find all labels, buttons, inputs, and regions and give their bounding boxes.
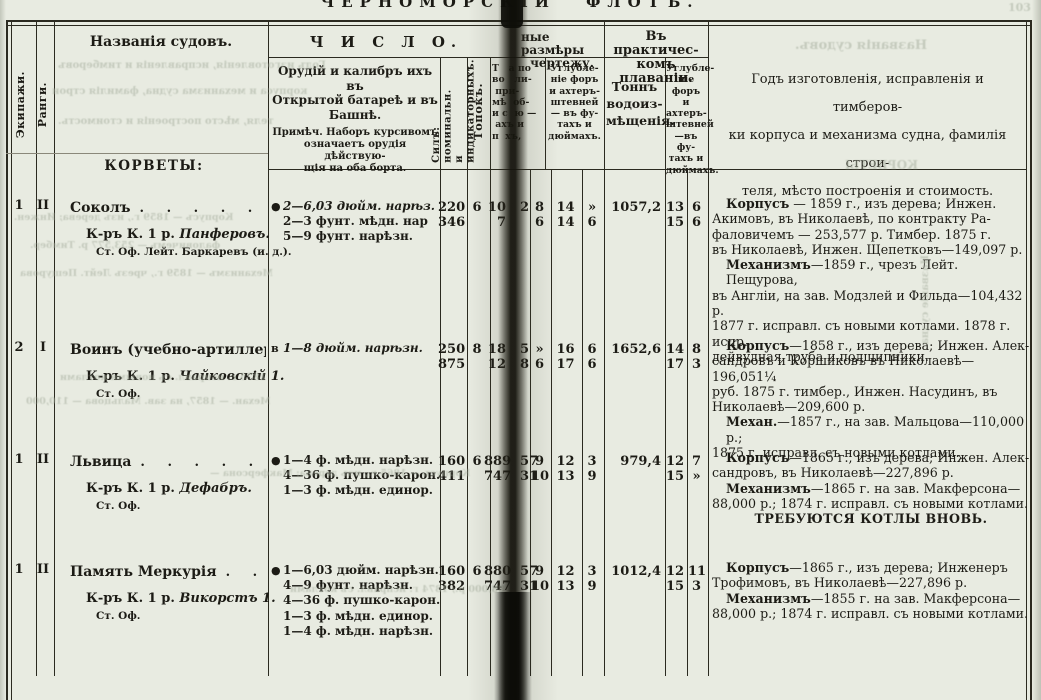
- note-line: ТРЕБУЮТСЯ КОТЛЫ ВНОВЬ.: [712, 511, 1030, 526]
- col-draft-inches: 113: [688, 564, 705, 594]
- header-guns-note: Орудій и калибръ ихъ въ Открытой батареѣ…: [272, 64, 438, 175]
- build-history-notes: Корпусъ—1865 г., изъ дерева; Инжен. Алек…: [712, 450, 1030, 526]
- col-dimD-value: 9: [583, 579, 601, 594]
- note-line: Механизмъ—1859 г., чрезъ Лейт. Пещурова,: [712, 257, 1030, 288]
- col-dimD: 39: [583, 564, 601, 594]
- bleed-through-text: КОРВЕТЫ: [845, 158, 918, 172]
- col-sila: 250875: [438, 342, 464, 372]
- commander-name: Дефабръ.: [179, 481, 251, 496]
- battery-marker-icon: ●: [271, 454, 281, 467]
- battery-marker-icon: ●: [271, 564, 281, 577]
- note-line: 88,000 р.; 1874 г. исправл. съ новыми ко…: [712, 606, 1030, 621]
- tons-header-line: водоиз-: [606, 95, 663, 112]
- col-tons-displacement: 979,4: [606, 454, 661, 469]
- col-dimD-value: 6: [583, 215, 601, 230]
- col-draft-inches: 7»: [688, 454, 705, 484]
- commander-line: К-ръ К. 1 р. Викорстъ 1.: [86, 591, 276, 606]
- col-tons-displacement-value: 979,4: [606, 454, 661, 469]
- note-line: Николаевѣ—209,600 р.: [712, 399, 1030, 414]
- bleed-through-text: Механ. — 1857, на зав. Мальцова — 110,00…: [26, 396, 271, 407]
- note-line: Механизмъ—1865 г. на зав. Макферсона—: [712, 481, 1030, 496]
- bleed-through-text: Корпусъ — 1865 г., изъ дерева; Макферсон…: [210, 468, 471, 479]
- page-edge-left: [0, 0, 6, 700]
- col-draft-feet-value: 13: [666, 200, 684, 215]
- col-draft-inches: 83: [688, 342, 705, 372]
- col-sila-value: 875: [438, 357, 464, 372]
- note-line: фаловичемъ — 253,577 р. Тимбер. 1875 г.: [712, 227, 1030, 242]
- bleed-through-text: фаловичемъ — 253,577 р. Тимбер.: [30, 240, 220, 251]
- right-title-line: Годъ изготовленія, исправленія и тимберо…: [715, 66, 1020, 122]
- guns-note-small-line: Примѣч. Наборъ курсивомъ: [272, 127, 438, 139]
- col-sila-value: 220: [438, 200, 464, 215]
- ship-name-line: Память Меркурія. . . . .: [70, 561, 266, 580]
- depth-header-line: штевней: [666, 119, 706, 130]
- col-draft-feet-value: 15: [666, 579, 684, 594]
- gun-line: 1—4 ф. мѣдн. нарѣзн.: [283, 624, 440, 639]
- practical-title-line: Въ практичес-: [605, 30, 707, 58]
- header-crews: Экипажи.: [8, 58, 35, 152]
- build-history-notes: Корпусъ—1865 г., изъ дерева; ИнженеръТро…: [712, 560, 1030, 621]
- guns-note-line: Башнѣ.: [272, 108, 438, 123]
- col-draft-inches-value: 11: [688, 564, 705, 579]
- crew-number: 2: [8, 340, 30, 355]
- col-dimD: »6: [583, 200, 601, 230]
- bleed-through-text: 103: [1008, 1, 1031, 14]
- col-draft-feet: 1215: [666, 564, 684, 594]
- page-edge-right: [1032, 0, 1041, 700]
- col-dimD: 39: [583, 454, 601, 484]
- note-line: сандровъ и Коршиковъ въ Николаевѣ—196,05…: [712, 353, 1030, 384]
- col-dimD-value: 3: [583, 564, 601, 579]
- build-history-notes: Корпусъ—1858 г., изъ дерева; Инжен. Алек…: [712, 338, 1030, 460]
- ship-name-line: Воинъ (учебно-артиллер.). .: [70, 339, 266, 358]
- col-draft-inches-value: 6: [688, 200, 705, 215]
- crew-number: 1: [8, 198, 30, 213]
- gun-line: 1—8 дюйм. нарѣзн.: [283, 341, 423, 356]
- vline-dimC: [582, 169, 583, 676]
- leader-dots: . . . . .: [226, 565, 266, 580]
- bleed-through-text: Корпусъ — 1859 г., изъ дерева; Инжен.: [14, 212, 234, 223]
- depth-header-line: и ахтеръ-: [666, 97, 706, 120]
- col-draft-inches-value: 6: [688, 215, 705, 230]
- col-draft-inches-value: 3: [688, 357, 705, 372]
- depth-header-line: тахъ и: [666, 153, 706, 164]
- bleed-through-text: теля, мѣсто построенія и стоимость.: [58, 116, 274, 127]
- gun-line: 2—3 фунт. мѣдн. нар: [283, 214, 435, 229]
- vline-ranks: [54, 20, 55, 676]
- bleed-through-text: Названія судовъ.: [795, 38, 927, 53]
- header-tons: Тоннъ водоиз- мѣщенія.: [606, 78, 663, 129]
- senior-officer-line: Ст. Оф.: [96, 500, 140, 512]
- col-draft-feet: 1315: [666, 200, 684, 230]
- ship-name: Воинъ (учебно-артиллер.): [70, 342, 266, 358]
- col-tons-displacement: 1012,4: [606, 564, 661, 579]
- col-dimD-value: »: [583, 200, 601, 215]
- tons-header-line: мѣщенія.: [606, 112, 663, 129]
- col-draft-feet-value: 12: [666, 454, 684, 469]
- col-sila-value: 346: [438, 215, 464, 230]
- col-sila-value: 250: [438, 342, 464, 357]
- col-tons-displacement: 1057,2: [606, 200, 661, 215]
- col-tons-displacement: 1652,6: [606, 342, 661, 357]
- gun-line: 1—4 ф. мѣдн. нарѣзн.: [283, 453, 440, 468]
- depth-header-line: Углубле-: [666, 63, 706, 74]
- commander-name: Викорстъ 1.: [179, 591, 275, 606]
- col-dimD-value: 6: [583, 357, 601, 372]
- col-draft-feet-value: 12: [666, 564, 684, 579]
- note-line: Корпусъ—1865 г., изъ дерева; Инженеръ: [712, 560, 1030, 575]
- col-draft-feet-value: 17: [666, 357, 684, 372]
- guns-list: 2—6,03 дюйм. нарѣз.2—3 фунт. мѣдн. нар5—…: [283, 199, 435, 245]
- depth-header-line: ніе форъ: [666, 74, 706, 97]
- col-sila-value: 160: [438, 454, 464, 469]
- guns-note-small-line: означаетъ орудія дѣйствую-: [272, 139, 438, 163]
- book-fold-top: [501, 0, 523, 28]
- col-draft-feet-value: 14: [666, 342, 684, 357]
- gun-line: 1—3 ф. мѣдн. единор.: [283, 609, 440, 624]
- col-draft-feet-value: 15: [666, 215, 684, 230]
- battery-marker-icon: ●: [271, 200, 281, 213]
- guns-list: 1—6,03 дюйм. нарѣзн.4—9 фунт. нарѣзн.4—3…: [283, 563, 440, 639]
- col-draft-feet-value: 15: [666, 469, 684, 484]
- header-sila: Силъ: номинальн. и индикаторныхъ.: [441, 60, 467, 162]
- tons-header-line: Тоннъ: [606, 78, 663, 95]
- note-line: руб. 1875 г. тимбер., Инжен. Насудинъ, в…: [712, 384, 1030, 399]
- col-dimD: 66: [583, 342, 601, 372]
- note-line: Корпусъ — 1859 г., изъ дерева; Инжен.: [712, 196, 1030, 211]
- note-line: Акимовъ, въ Николаевѣ, по контракту Ра-: [712, 211, 1030, 226]
- bleed-through-text: Механизмъ — 1859 г., чрезъ Лейт. Пещуров…: [20, 268, 273, 279]
- note-line: въ Англіи, на зав. Модзлей и Фильда—104,…: [712, 288, 1030, 319]
- commander-prefix: К-ръ К. 1 р.: [86, 591, 179, 606]
- note-line: сандровъ, въ Николаевѣ—227,896 р.: [712, 465, 1030, 480]
- rank-number: II: [32, 452, 54, 467]
- col-draft-inches-value: 7: [688, 454, 705, 469]
- header-depth-practical: Углубле- ніе форъ и ахтеръ- штевней —въ …: [666, 63, 706, 176]
- vline-draft: [687, 169, 688, 676]
- col-draft-feet: 1417: [666, 342, 684, 372]
- col-draft-inches-value: 3: [688, 579, 705, 594]
- commander-prefix: К-ръ К. 1 р.: [86, 481, 179, 496]
- hline-names-dashed: [6, 153, 268, 154]
- gun-line: 1—3 ф. мѣдн. единор.: [283, 483, 440, 498]
- commander-line: К-ръ К. 1 р. Дефабръ.: [86, 481, 252, 496]
- rank-number: II: [32, 562, 54, 577]
- battery-marker-icon: в: [271, 342, 279, 355]
- col-tons-displacement-value: 1012,4: [606, 564, 661, 579]
- gun-line: 2—6,03 дюйм. нарѣз.: [283, 199, 435, 214]
- note-line: Корпусъ—1858 г., изъ дерева; Инжен. Алек…: [712, 338, 1030, 353]
- bleed-through-text: корпуса и механизма судна, фамилія строи: [52, 86, 307, 97]
- gun-line: 5—9 фунт. нарѣзн.: [283, 229, 435, 244]
- note-line: 88,000 р.; 1874 г. исправл. съ новыми ко…: [712, 496, 1030, 511]
- col-tons-displacement-value: 1057,2: [606, 200, 661, 215]
- note-line: Корпусъ—1865 г., изъ дерева; Инжен. Алек…: [712, 450, 1030, 465]
- note-line: въ Николаевѣ, Инжен. Щепетковъ—149,097 р…: [712, 242, 1030, 257]
- ranks-label: Ранги.: [37, 82, 50, 127]
- ship-name: Память Меркурія: [70, 564, 217, 580]
- section-title-korvety: КОРВЕТЫ:: [54, 158, 254, 174]
- ship-name: Львица: [70, 454, 131, 470]
- crew-number: 1: [8, 562, 30, 577]
- col-tons-displacement-value: 1652,6: [606, 342, 661, 357]
- bleed-through-text: 1875 г. исправл. съ новыми котлами: [60, 372, 266, 383]
- col-dimD-value: 9: [583, 469, 601, 484]
- note-line: Трофимовъ, въ Николаевѣ—227,896 р.: [712, 575, 1030, 590]
- bleed-through-text: Названіе судна: [920, 255, 931, 345]
- guns-list: 1—8 дюйм. нарѣзн.: [283, 341, 423, 356]
- depth-header-line: —въ фу-: [666, 131, 706, 154]
- vline-razmery-practical: [604, 20, 605, 676]
- crews-label: Экипажи.: [15, 71, 28, 138]
- vline-right-col: [708, 20, 709, 676]
- gun-line: 1—6,03 дюйм. нарѣзн.: [283, 563, 440, 578]
- header-ranks: Ранги.: [33, 58, 54, 152]
- note-line: Механизмъ—1855 г. на зав. Макферсона—: [712, 591, 1030, 606]
- senior-officer-line: Ст. Оф.: [96, 610, 140, 622]
- rank-number: II: [32, 198, 54, 213]
- guns-note-small-line: щія на оба борта.: [272, 163, 438, 175]
- col-sila: 220346: [438, 200, 464, 230]
- crew-number: 1: [8, 452, 30, 467]
- scanned-document-page: ЧЕРНОМОРСКІЙ ФЛОТЪ. Экипажи. Ранги. Назв…: [0, 0, 1041, 700]
- gun-line: 4—36 ф. пушко-карон.: [283, 593, 440, 608]
- col-dimD-value: 6: [583, 342, 601, 357]
- col-draft-feet: 1215: [666, 454, 684, 484]
- col-draft-inches-value: 8: [688, 342, 705, 357]
- col-sila-value: 160: [438, 564, 464, 579]
- note-line: Механ.—1857 г., на зав. Мальцова—110,000…: [712, 414, 1030, 445]
- col-draft-inches-value: »: [688, 469, 705, 484]
- depth-header-line: дюймахъ.: [666, 165, 706, 176]
- col-draft-inches: 66: [688, 200, 705, 230]
- book-fold-bottom: [494, 592, 532, 700]
- col-dimD-value: 3: [583, 454, 601, 469]
- header-year-builder: Годъ изготовленія, исправленія и тимберо…: [715, 66, 1020, 206]
- bleed-through-text: Годъ изготовленія, исправленія и тимберо…: [58, 60, 326, 71]
- rank-number: I: [32, 340, 54, 355]
- header-ship-names: Названія судовъ.: [54, 34, 268, 50]
